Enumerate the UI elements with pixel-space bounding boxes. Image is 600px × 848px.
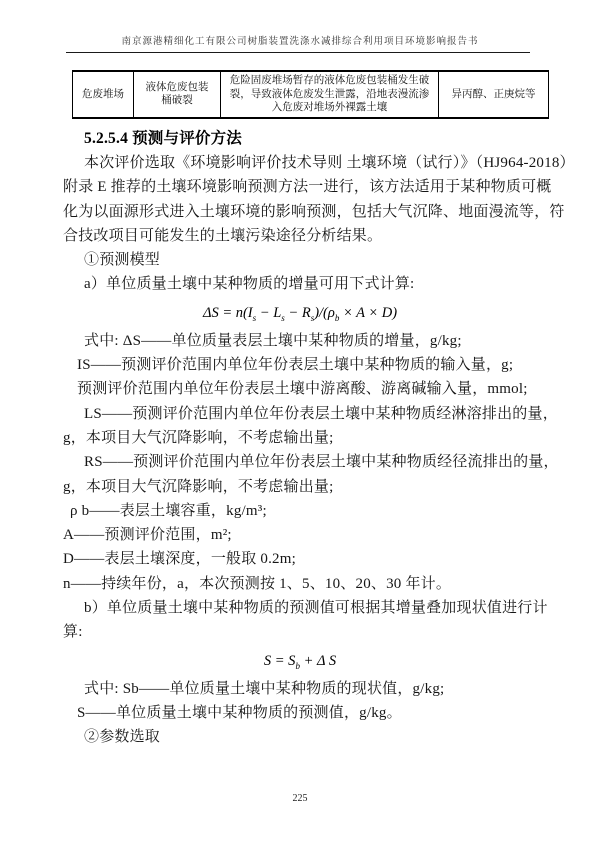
main-content: 5.2.5.4 预测与评价方法 本次评价选取《环境影响评价技术导则 土壤环境（试…: [63, 127, 537, 750]
text-line: D——表层土壤深度，一般取 0.2m;: [63, 547, 537, 571]
body-lines: 本次评价选取《环境影响评价技术导则 土壤环境（试行）》（HJ964-2018）附…: [63, 151, 537, 750]
table-row: 危废堆场液体危废包装桶破裂危险固废堆场暂存的液体危废包装桶发生破裂，导致液体危废…: [73, 71, 549, 118]
formula: ΔS = n(Is − Ls − Rs)/(ρb × A × D): [63, 297, 537, 329]
table-cell: 危险固废堆场暂存的液体危废包装桶发生破裂，导致液体危废发生泄露，沿地表漫流渗入危…: [221, 71, 439, 118]
table-cell: 液体危废包装桶破裂: [134, 71, 221, 118]
header-rule: [66, 52, 530, 53]
text-line: 式中: ΔS——单位质量表层土壤中某种物质的增量，g/kg;: [63, 329, 537, 353]
text-line: a）单位质量土壤中某种物质的增量可用下式计算:: [63, 272, 537, 296]
text-line: A——预测评价范围，m²;: [63, 523, 537, 547]
text-line: 预测评价范围内单位年份表层土壤中游离酸、游离碱输入量，mmol;: [63, 377, 537, 401]
text-line: ρ b——表层土壤容重，kg/m³;: [63, 499, 537, 523]
section-heading: 5.2.5.4 预测与评价方法: [63, 127, 537, 151]
text-line: S——单位质量土壤中某种物质的预测值，g/kg。: [63, 701, 537, 725]
document-page: 南京源港精细化工有限公司树脂装置洗涤水减排综合利用项目环境影响报告书 危废堆场液…: [0, 0, 600, 848]
text-line: IS——预测评价范围内单位年份表层土壤中某种物质的输入量，g;: [63, 353, 537, 377]
text-line: 附录 E 推荐的土壤环境影响预测方法一进行，该方法适用于某种物质可概: [63, 175, 537, 199]
text-line: b）单位质量土壤中某种物质的预测值可根据其增量叠加现状值进行计: [63, 596, 537, 620]
page-footer: 225: [0, 793, 600, 804]
text-line: 合技改项目可能发生的土壤污染途径分析结果。: [63, 224, 537, 248]
page-number: 225: [293, 793, 308, 804]
table-cell: 异丙醇、正庚烷等: [439, 71, 549, 118]
text-line: LS——预测评价范围内单位年份表层土壤中某种物质经淋溶排出的量，: [63, 402, 537, 426]
text-line: n——持续年份，a，本次预测按 1、5、10、20、30 年计。: [63, 572, 537, 596]
text-line: ②参数选取: [63, 725, 537, 749]
text-line: ①预测模型: [63, 248, 537, 272]
formula: S = Sb + Δ S: [63, 645, 537, 677]
text-line: 算:: [63, 620, 537, 644]
text-line: g，本项目大气沉降影响，不考虑输出量;: [63, 475, 537, 499]
text-line: RS——预测评价范围内单位年份表层土壤中某种物质经径流排出的量，: [63, 450, 537, 474]
hazard-waste-table: 危废堆场液体危废包装桶破裂危险固废堆场暂存的液体危废包装桶发生破裂，导致液体危废…: [72, 70, 549, 119]
text-line: g，本项目大气沉降影响，不考虑输出量;: [63, 426, 537, 450]
text-line: 化为以面源形式进入土壤环境的影响预测，包括大气沉降、地面漫流等，符: [63, 200, 537, 224]
header-title: 南京源港精细化工有限公司树脂装置洗涤水减排综合利用项目环境影响报告书: [0, 33, 600, 47]
table-cell: 危废堆场: [73, 71, 134, 118]
text-line: 式中: Sb——单位质量土壤中某种物质的现状值，g/kg;: [63, 677, 537, 701]
text-line: 本次评价选取《环境影响评价技术导则 土壤环境（试行）》（HJ964-2018）: [63, 151, 537, 175]
